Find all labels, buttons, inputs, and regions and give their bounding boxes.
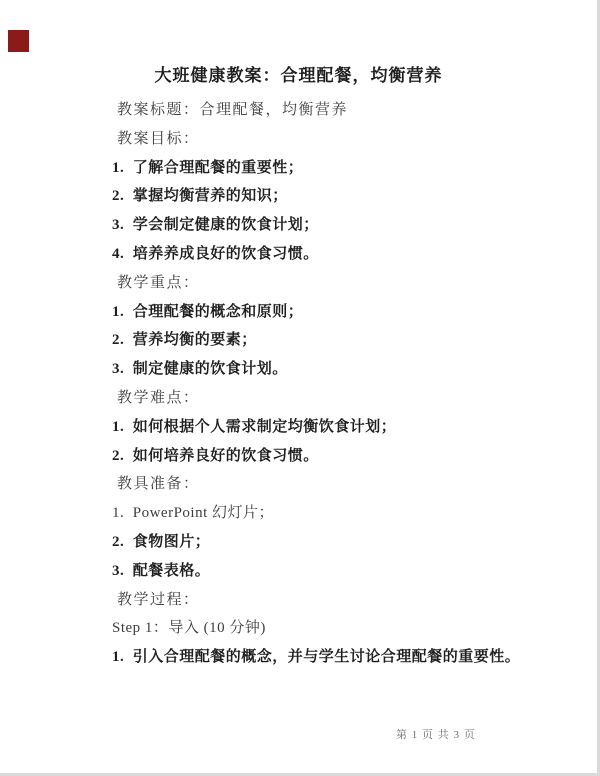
section-label-materials: 教具准备： — [0, 470, 597, 499]
list-item: 2. 如何培养良好的饮食习惯。 — [0, 442, 597, 471]
document-page: 大班健康教案：合理配餐，均衡营养 教案标题：合理配餐，均衡营养 教案目标： 1.… — [0, 0, 600, 776]
list-item: 2. 掌握均衡营养的知识； — [0, 182, 597, 211]
meta-line-lesson-title: 教案标题：合理配餐，均衡营养 — [0, 96, 597, 125]
list-item: 3. 配餐表格。 — [0, 557, 597, 586]
step-line: Step 1：导入 (10 分钟) — [0, 614, 597, 643]
list-item: 4. 培养养成良好的饮食习惯。 — [0, 240, 597, 269]
section-label-objectives: 教案目标： — [0, 125, 597, 154]
list-item: 3. 学会制定健康的饮食计划； — [0, 211, 597, 240]
list-item: 1. 引入合理配餐的概念，并与学生讨论合理配餐的重要性。 — [0, 643, 597, 672]
list-item: 3. 制定健康的饮食计划。 — [0, 355, 597, 384]
section-label-difficulties: 教学难点： — [0, 384, 597, 413]
page-number-footer: 第 1 页 共 3 页 — [396, 726, 476, 742]
list-item: 1. 了解合理配餐的重要性； — [0, 154, 597, 183]
section-label-key-points: 教学重点： — [0, 269, 597, 298]
document-title: 大班健康教案：合理配餐，均衡营养 — [0, 64, 597, 88]
corner-red-square — [8, 30, 29, 52]
list-item: 2. 营养均衡的要素； — [0, 326, 597, 355]
list-item: 1. PowerPoint 幻灯片； — [0, 499, 597, 528]
list-item: 2. 食物图片； — [0, 528, 597, 557]
section-label-process: 教学过程： — [0, 586, 597, 615]
list-item: 1. 如何根据个人需求制定均衡饮食计划； — [0, 413, 597, 442]
document-body: 大班健康教案：合理配餐，均衡营养 教案标题：合理配餐，均衡营养 教案目标： 1.… — [0, 0, 597, 672]
list-item: 1. 合理配餐的概念和原则； — [0, 298, 597, 327]
